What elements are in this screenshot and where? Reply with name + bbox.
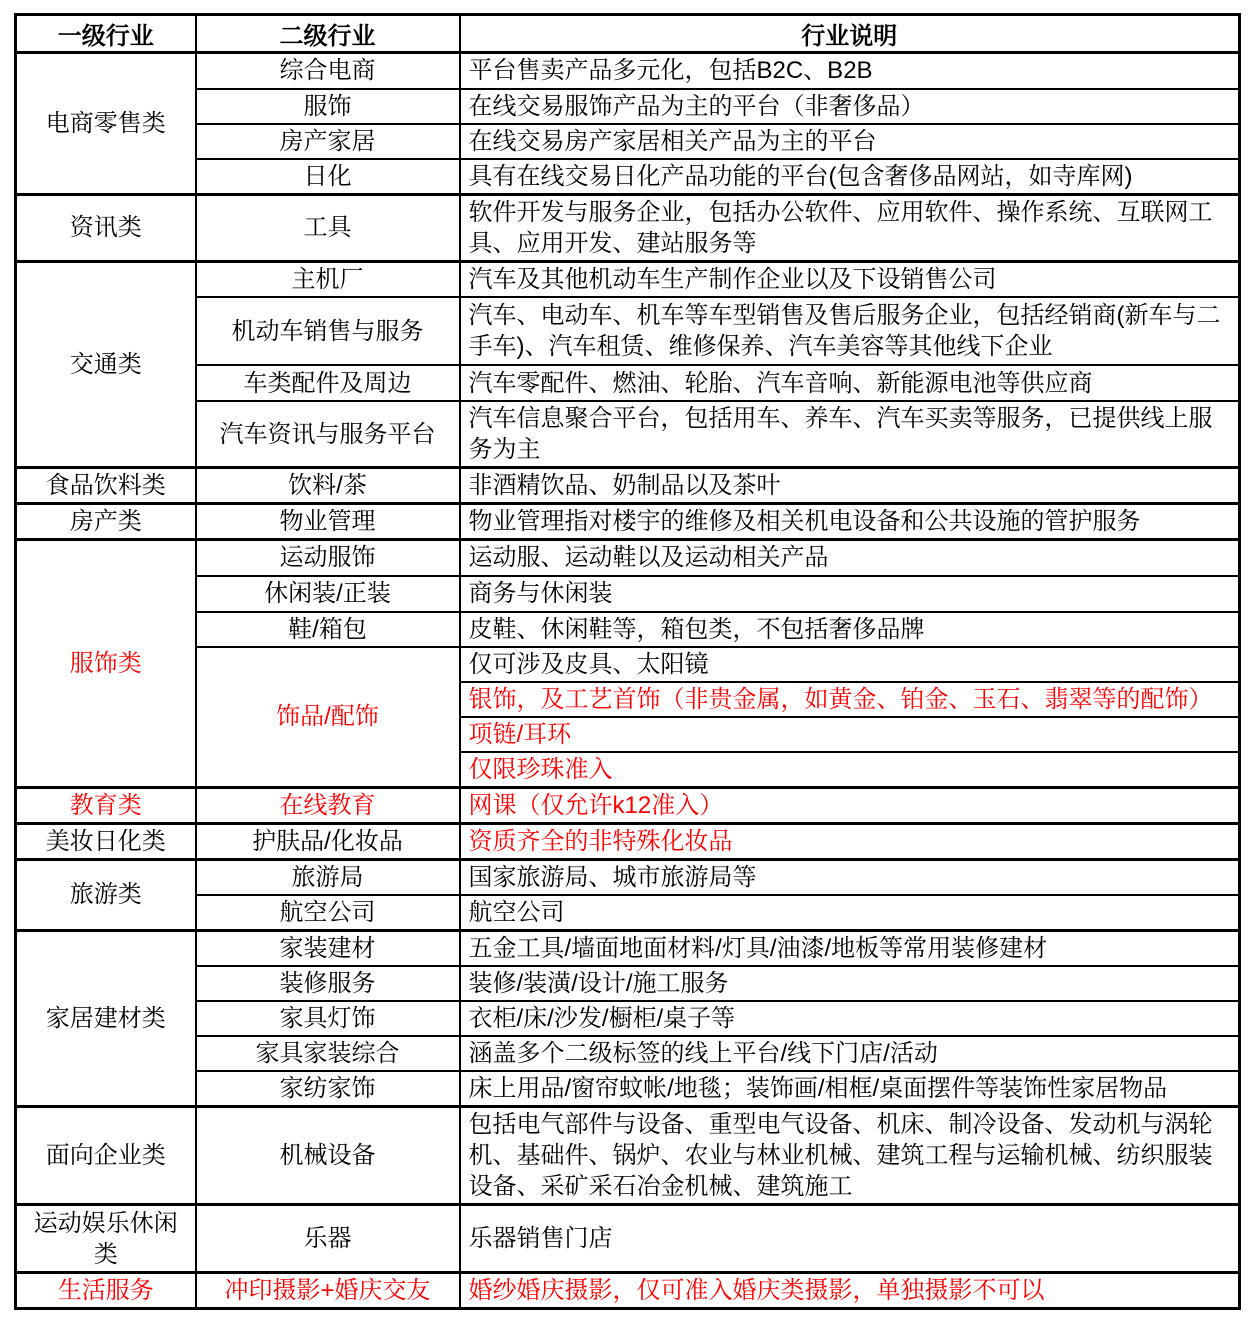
table-row: 休闲装/正装 商务与休闲装 (16, 576, 1240, 612)
table-row: 交通类 主机厂 汽车及其他机动车生产制作企业以及下设销售公司 (16, 261, 1240, 297)
table-row: 食品饮料类 饮料/茶 非酒精饮品、奶制品以及茶叶 (16, 468, 1240, 504)
table-row: 房产类 物业管理 物业管理指对楼宇的维修及相关机电设备和公共设施的管护服务 (16, 504, 1240, 540)
industry-description-cell: 仅限珍珠准入 (460, 752, 1240, 788)
table-row: 日化 具有在线交易日化产品功能的平台(包含奢侈品网站，如寺库网) (16, 159, 1240, 195)
level2-industry-cell: 车类配件及周边 (196, 365, 460, 401)
level2-industry-cell: 运动服饰 (196, 540, 460, 576)
industry-description-cell: 装修/装潢/设计/施工服务 (460, 966, 1240, 1001)
level2-industry-cell: 家具家装综合 (196, 1036, 460, 1071)
industry-description-cell: 商务与休闲装 (460, 576, 1240, 612)
level1-industry-cell: 交通类 (16, 261, 196, 468)
level2-industry-cell: 乐器 (196, 1205, 460, 1273)
industry-description-cell: 汽车零配件、燃油、轮胎、汽车音响、新能源电池等供应商 (460, 365, 1240, 401)
level2-industry-cell: 家具灯饰 (196, 1001, 460, 1036)
level1-industry-cell: 服饰类 (16, 540, 196, 788)
level2-industry-cell: 冲印摄影+婚庆交友 (196, 1273, 460, 1309)
header-row: 一级行业 二级行业 行业说明 (16, 15, 1240, 53)
industry-description-cell: 衣柜/床/沙发/橱柜/桌子等 (460, 1001, 1240, 1036)
industry-description-cell: 乐器销售门店 (460, 1205, 1240, 1273)
industry-description-cell: 国家旅游局、城市旅游局等 (460, 859, 1240, 895)
header-level1-industry: 一级行业 (16, 15, 196, 53)
table-row: 航空公司 航空公司 (16, 895, 1240, 931)
table-row: 电商零售类 综合电商 平台售卖产品多元化，包括B2C、B2B (16, 53, 1240, 89)
level2-industry-cell: 机械设备 (196, 1107, 460, 1205)
industry-description-cell: 网课（仅允许k12准入） (460, 787, 1240, 823)
table-row: 家具灯饰 衣柜/床/沙发/橱柜/桌子等 (16, 1001, 1240, 1036)
level1-industry-cell: 运动娱乐休闲类 (16, 1205, 196, 1273)
industry-classification-table: 一级行业 二级行业 行业说明 电商零售类 综合电商 平台售卖产品多元化，包括B2… (14, 13, 1241, 1310)
level1-industry-cell: 房产类 (16, 504, 196, 540)
industry-description-cell: 涵盖多个二级标签的线上平台/线下门店/活动 (460, 1036, 1240, 1071)
table-row: 汽车资讯与服务平台 汽车信息聚合平台，包括用车、养车、汽车买卖等服务，已提供线上… (16, 401, 1240, 468)
industry-description-cell: 仅可涉及皮具、太阳镜 (460, 647, 1240, 682)
header-industry-description: 行业说明 (460, 15, 1240, 53)
level1-industry-cell: 食品饮料类 (16, 468, 196, 504)
table-row: 生活服务 冲印摄影+婚庆交友 婚纱婚庆摄影，仅可准入婚庆类摄影，单独摄影不可以 (16, 1273, 1240, 1309)
level2-industry-cell: 饮料/茶 (196, 468, 460, 504)
table-row: 运动娱乐休闲类 乐器 乐器销售门店 (16, 1205, 1240, 1273)
industry-description-cell: 软件开发与服务企业，包括办公软件、应用软件、操作系统、互联网工具、应用开发、建站… (460, 194, 1240, 261)
table-row: 教育类 在线教育 网课（仅允许k12准入） (16, 787, 1240, 823)
industry-description-cell: 运动服、运动鞋以及运动相关产品 (460, 540, 1240, 576)
level2-industry-cell: 机动车销售与服务 (196, 297, 460, 365)
level2-industry-cell: 装修服务 (196, 966, 460, 1001)
level2-industry-cell: 汽车资讯与服务平台 (196, 401, 460, 468)
industry-description-cell: 汽车信息聚合平台，包括用车、养车、汽车买卖等服务，已提供线上服务为主 (460, 401, 1240, 468)
industry-description-cell: 项链/耳环 (460, 717, 1240, 752)
industry-description-cell: 五金工具/墙面地面材料/灯具/油漆/地板等常用装修建材 (460, 931, 1240, 967)
industry-description-cell: 物业管理指对楼宇的维修及相关机电设备和公共设施的管护服务 (460, 504, 1240, 540)
level2-industry-cell: 旅游局 (196, 859, 460, 895)
level1-industry-cell: 美妆日化类 (16, 823, 196, 859)
level2-industry-cell: 主机厂 (196, 261, 460, 297)
table-row: 家居建材类 家装建材 五金工具/墙面地面材料/灯具/油漆/地板等常用装修建材 (16, 931, 1240, 967)
table-row: 资讯类 工具 软件开发与服务企业，包括办公软件、应用软件、操作系统、互联网工具、… (16, 194, 1240, 261)
industry-description-cell: 航空公司 (460, 895, 1240, 931)
table-row: 鞋/箱包 皮鞋、休闲鞋等，箱包类，不包括奢侈品牌 (16, 612, 1240, 647)
level2-industry-cell: 在线教育 (196, 787, 460, 823)
industry-description-cell: 婚纱婚庆摄影，仅可准入婚庆类摄影，单独摄影不可以 (460, 1273, 1240, 1309)
level2-industry-cell: 鞋/箱包 (196, 612, 460, 647)
header-level2-industry: 二级行业 (196, 15, 460, 53)
level2-industry-cell: 航空公司 (196, 895, 460, 931)
level2-industry-cell: 休闲装/正装 (196, 576, 460, 612)
table-row: 车类配件及周边 汽车零配件、燃油、轮胎、汽车音响、新能源电池等供应商 (16, 365, 1240, 401)
industry-description-cell: 资质齐全的非特殊化妆品 (460, 823, 1240, 859)
table-row: 美妆日化类 护肤品/化妆品 资质齐全的非特殊化妆品 (16, 823, 1240, 859)
level2-industry-cell: 饰品/配饰 (196, 647, 460, 788)
industry-description-cell: 非酒精饮品、奶制品以及茶叶 (460, 468, 1240, 504)
level1-industry-cell: 旅游类 (16, 859, 196, 931)
industry-description-cell: 具有在线交易日化产品功能的平台(包含奢侈品网站，如寺库网) (460, 159, 1240, 195)
level2-industry-cell: 家纺家饰 (196, 1071, 460, 1107)
table-row: 饰品/配饰 仅可涉及皮具、太阳镜 (16, 647, 1240, 682)
level2-industry-cell: 护肤品/化妆品 (196, 823, 460, 859)
level1-industry-cell: 生活服务 (16, 1273, 196, 1309)
table-row: 家纺家饰 床上用品/窗帘蚊帐/地毯；装饰画/相框/桌面摆件等装饰性家居物品 (16, 1071, 1240, 1107)
table-row: 机动车销售与服务 汽车、电动车、机车等车型销售及售后服务企业，包括经销商(新车与… (16, 297, 1240, 365)
table-row: 服饰类 运动服饰 运动服、运动鞋以及运动相关产品 (16, 540, 1240, 576)
level1-industry-cell: 家居建材类 (16, 931, 196, 1107)
level2-industry-cell: 日化 (196, 159, 460, 195)
level2-industry-cell: 物业管理 (196, 504, 460, 540)
industry-description-cell: 皮鞋、休闲鞋等，箱包类，不包括奢侈品牌 (460, 612, 1240, 647)
level2-industry-cell: 房产家居 (196, 124, 460, 159)
industry-description-cell: 在线交易房产家居相关产品为主的平台 (460, 124, 1240, 159)
level2-industry-cell: 家装建材 (196, 931, 460, 967)
table-row: 家具家装综合 涵盖多个二级标签的线上平台/线下门店/活动 (16, 1036, 1240, 1071)
industry-description-cell: 汽车及其他机动车生产制作企业以及下设销售公司 (460, 261, 1240, 297)
industry-description-cell: 床上用品/窗帘蚊帐/地毯；装饰画/相框/桌面摆件等装饰性家居物品 (460, 1071, 1240, 1107)
table-row: 旅游类 旅游局 国家旅游局、城市旅游局等 (16, 859, 1240, 895)
industry-description-cell: 在线交易服饰产品为主的平台（非奢侈品） (460, 89, 1240, 124)
industry-description-cell: 包括电气部件与设备、重型电气设备、机床、制冷设备、发动机与涡轮机、基础件、锅炉、… (460, 1107, 1240, 1205)
industry-description-cell: 平台售卖产品多元化，包括B2C、B2B (460, 53, 1240, 89)
level2-industry-cell: 综合电商 (196, 53, 460, 89)
level1-industry-cell: 资讯类 (16, 194, 196, 261)
level1-industry-cell: 电商零售类 (16, 53, 196, 195)
table-row: 房产家居 在线交易房产家居相关产品为主的平台 (16, 124, 1240, 159)
industry-description-cell: 汽车、电动车、机车等车型销售及售后服务企业，包括经销商(新车与二手车)、汽车租赁… (460, 297, 1240, 365)
table-row: 装修服务 装修/装潢/设计/施工服务 (16, 966, 1240, 1001)
level1-industry-cell: 面向企业类 (16, 1107, 196, 1205)
industry-description-cell: 银饰，及工艺首饰（非贵金属，如黄金、铂金、玉石、翡翠等的配饰） (460, 682, 1240, 717)
level2-industry-cell: 工具 (196, 194, 460, 261)
table-row: 面向企业类 机械设备 包括电气部件与设备、重型电气设备、机床、制冷设备、发动机与… (16, 1107, 1240, 1205)
table-row: 服饰 在线交易服饰产品为主的平台（非奢侈品） (16, 89, 1240, 124)
level1-industry-cell: 教育类 (16, 787, 196, 823)
level2-industry-cell: 服饰 (196, 89, 460, 124)
